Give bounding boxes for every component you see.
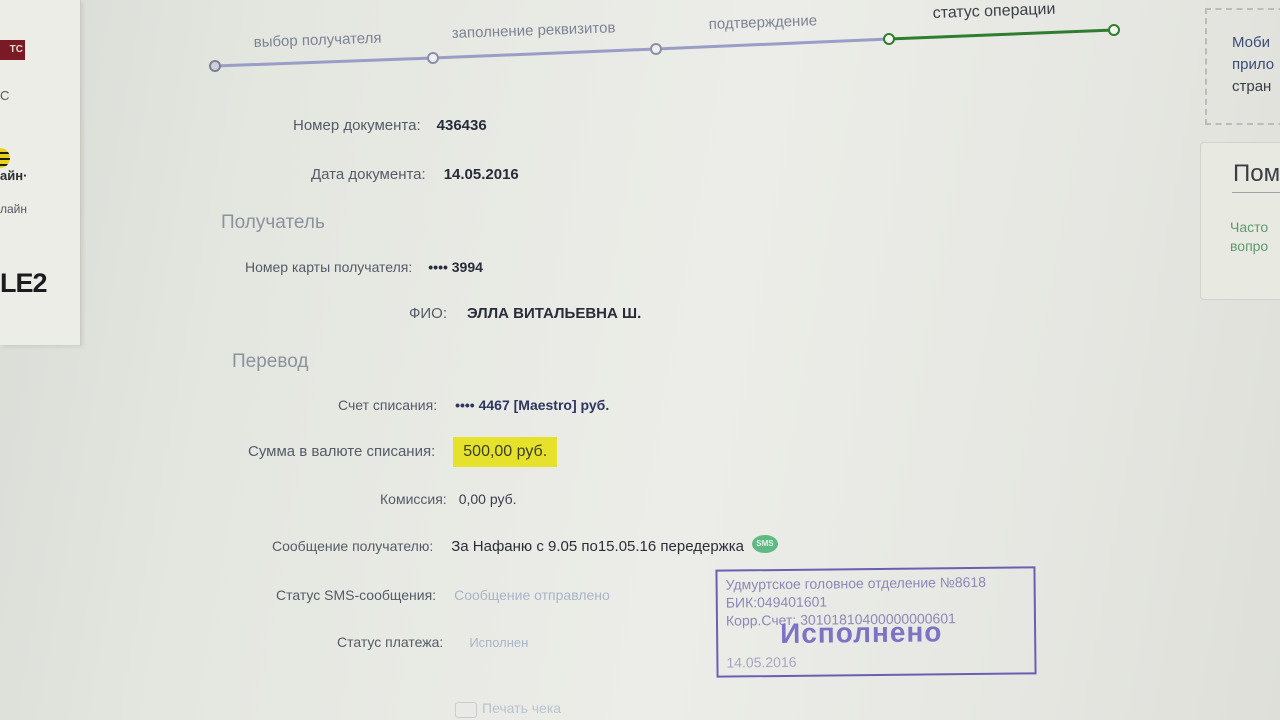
- help-divider: [1232, 192, 1280, 193]
- recipient-card-value: •••• 3994: [428, 259, 483, 275]
- document-number-row: Номер документа: 436436: [293, 117, 487, 134]
- step-1-dot: [210, 61, 220, 71]
- recipient-card-row: Номер карты получателя: •••• 3994: [245, 259, 483, 275]
- debit-account-label: Счет списания:: [338, 397, 437, 413]
- tele2-logo[interactable]: LE2: [0, 268, 47, 299]
- message-value: За Нафаню с 9.05 по15.05.16 передержка: [451, 538, 744, 555]
- operators-panel: ТС С айн· лайн LE2: [0, 0, 81, 345]
- recipient-name-label: ФИО:: [409, 305, 447, 322]
- fee-row: Комиссия: 0,00 руб.: [380, 491, 517, 507]
- message-row: Сообщение получателю: За Нафаню с 9.05 п…: [272, 538, 778, 558]
- stamp-branch: Удмуртское головное отделение №8618: [726, 572, 1026, 593]
- promo-line-2[interactable]: прило: [1232, 54, 1274, 76]
- step-3-dot: [651, 44, 661, 54]
- fee-label: Комиссия:: [380, 491, 447, 507]
- document-date-label: Дата документа:: [311, 166, 426, 183]
- sms-status-row: Статус SMS-сообщения: Сообщение отправле…: [276, 587, 610, 603]
- recipient-section-title: Получатель: [221, 212, 325, 234]
- beeline-caption[interactable]: лайн: [0, 202, 27, 216]
- document-number-label: Номер документа:: [293, 117, 421, 134]
- beeline-logo-text[interactable]: айн·: [0, 168, 27, 183]
- fee-value: 0,00 руб.: [459, 491, 517, 507]
- beeline-logo-icon[interactable]: [0, 148, 10, 168]
- step-end-dot: [1109, 25, 1119, 35]
- sms-status-label: Статус SMS-сообщения:: [276, 587, 436, 603]
- step-4-dot: [884, 34, 894, 44]
- recipient-name-value: ЭЛЛА ВИТАЛЬЕВНА Ш.: [467, 305, 641, 322]
- promo-line-3: стран: [1232, 76, 1274, 98]
- printer-icon[interactable]: [455, 702, 477, 718]
- payment-status-label: Статус платежа:: [337, 634, 443, 650]
- mts-caption[interactable]: С: [0, 88, 9, 103]
- help-title: Пом: [1233, 160, 1280, 188]
- recipient-name-row: ФИО: ЭЛЛА ВИТАЛЬЕВНА Ш.: [409, 305, 641, 322]
- stamp-status: Исполнено: [780, 623, 942, 643]
- sms-status-value: Сообщение отправлено: [454, 587, 610, 603]
- document-date-value: 14.05.2016: [444, 166, 519, 183]
- debit-account-value: •••• 4467 [Maestro] руб.: [455, 397, 609, 413]
- amount-label: Сумма в валюте списания:: [248, 437, 435, 467]
- recipient-card-label: Номер карты получателя:: [245, 259, 412, 275]
- progress-stepper: выбор получателя заполнение реквизитов п…: [205, 0, 1135, 80]
- step-2-dot: [428, 53, 438, 63]
- print-receipt-link[interactable]: Печать чека: [482, 700, 561, 716]
- amount-value: 500,00 руб.: [453, 437, 557, 467]
- mts-logo[interactable]: ТС: [0, 40, 25, 60]
- faq-link[interactable]: Часто вопро: [1230, 218, 1268, 256]
- promo-line-1[interactable]: Моби: [1232, 32, 1274, 54]
- payment-status-value: Исполнен: [469, 635, 528, 650]
- stamp-date: 14.05.2016: [726, 653, 796, 672]
- message-label: Сообщение получателю:: [272, 538, 433, 554]
- document-date-row: Дата документа: 14.05.2016: [311, 166, 519, 183]
- amount-row: Сумма в валюте списания: 500,00 руб.: [248, 437, 557, 467]
- sms-icon: SMS: [752, 535, 778, 553]
- mobile-app-promo-text[interactable]: Моби прило стран: [1232, 32, 1274, 98]
- faq-link-line-1[interactable]: Часто: [1230, 218, 1268, 237]
- bank-stamp: Удмуртское головное отделение №8618 БИК:…: [715, 566, 1036, 677]
- payment-status-row: Статус платежа: Исполнен: [337, 634, 528, 650]
- faq-link-line-2[interactable]: вопро: [1230, 237, 1268, 256]
- debit-account-row: Счет списания: •••• 4467 [Maestro] руб.: [338, 397, 609, 413]
- document-number-value: 436436: [437, 117, 487, 134]
- transfer-section-title: Перевод: [232, 351, 308, 373]
